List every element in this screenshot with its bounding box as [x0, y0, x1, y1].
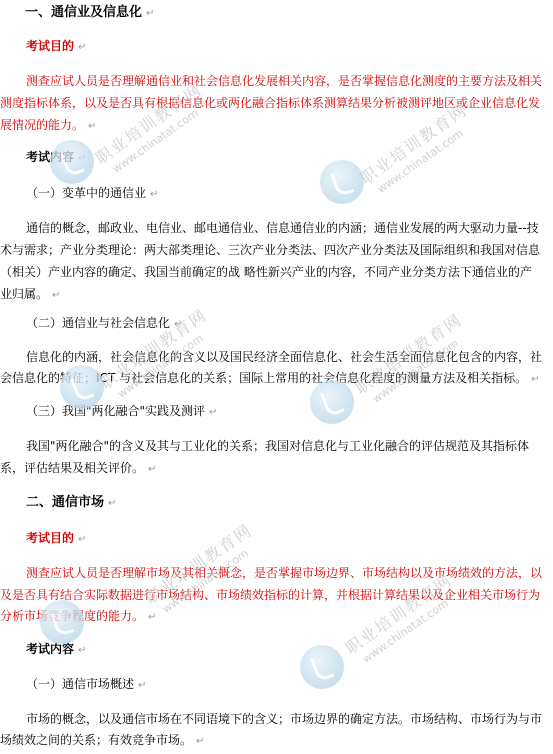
return-mark-icon: ↵	[52, 290, 60, 301]
return-mark-icon: ↵	[209, 407, 217, 418]
return-mark-icon: ↵	[78, 153, 86, 164]
subsection-title: （二）通信业与社会信息化↵	[26, 312, 553, 336]
body-text-line: 会信息化的特征；ICT 与社会信息化的关系；国际上常用的社会信息化程度的测量方法…	[0, 367, 553, 391]
subsection-title: （三）我国"两化融合"实践及测评↵	[26, 400, 553, 424]
return-mark-icon: ↵	[146, 8, 154, 19]
return-mark-icon: ↵	[78, 42, 86, 53]
exam-goal-label: 考试目的↵	[26, 527, 553, 551]
section-heading-1: 一、通信业及信息化↵	[25, 2, 553, 25]
exam-content-label: 考试内容↵	[26, 638, 553, 662]
exam-goal-label: 考试目的↵	[26, 35, 553, 59]
goal-text-line: 测查应试人员是否理解市场及其相关概念，是否掌握市场边界、市场结构以及市场绩效的方…	[26, 562, 553, 584]
return-mark-icon: ↵	[196, 736, 204, 747]
subsection-title: （一）通信市场概述↵	[26, 673, 553, 697]
body-text-line: 业归属。↵	[0, 283, 553, 307]
return-mark-icon: ↵	[78, 645, 86, 656]
body-text-line: 术与需求；产业分类理论：两大部类理论、三次产业分类法、四次产业分类法及国际组织和…	[0, 239, 553, 261]
return-mark-icon: ↵	[148, 464, 156, 475]
body-text-line: 通信的概念，邮政业、电信业、邮电通信业、信息通信业的内涵；通信业发展的两大驱动力…	[26, 217, 553, 239]
goal-text-line: 分析市场竞争程度的能力。↵	[0, 605, 553, 629]
body-text-line: 我国"两化融合"的含义及其与工业化的关系；我国对信息化与工业化融合的评估规范及其…	[26, 435, 553, 457]
section-heading-2: 二、通信市场↵	[26, 492, 553, 515]
body-text-line: 市场的概念，以及通信市场在不同语境下的含义；市场边界的确定方法。市场结构、市场行…	[26, 708, 553, 730]
subsection-title: （一）变革中的通信业↵	[26, 182, 553, 206]
body-text-line: 场绩效之间的关系；有效竞争市场。↵	[0, 729, 553, 753]
return-mark-icon: ↵	[148, 612, 156, 623]
return-mark-icon: ↵	[78, 534, 86, 545]
goal-text-line: 展情况的能力。↵	[0, 114, 553, 138]
goal-text-line: 及是否具有结合实际数据进行市场结构、市场绩效指标的计算，并根据计算结果以及企业相…	[0, 584, 553, 606]
return-mark-icon: ↵	[174, 319, 182, 330]
return-mark-icon: ↵	[108, 498, 116, 509]
return-mark-icon: ↵	[531, 374, 539, 385]
exam-content-label: 考试内容↵	[26, 146, 553, 170]
goal-text-line: 测查应试人员是否理解通信业和社会信息化发展相关内容，是否掌握信息化测度的主要方法…	[26, 70, 553, 92]
body-text-line: 系，评估结果及相关评价。↵	[0, 457, 553, 481]
return-mark-icon: ↵	[88, 121, 96, 132]
body-text-line: （相关）产业内容的确定、我国当前确定的战 略性新兴产业的内容，不同产业分类方法下…	[0, 261, 553, 283]
return-mark-icon: ↵	[150, 189, 158, 200]
body-text-line: 信息化的内涵，社会信息化的含义以及国民经济全面信息化、社会生活全面信息化包含的内…	[26, 346, 553, 368]
goal-text-line: 测度指标体系，以及是否具有根据信息化或两化融合指标体系测算结果分析被测评地区或企…	[0, 92, 553, 114]
return-mark-icon: ↵	[138, 680, 146, 691]
